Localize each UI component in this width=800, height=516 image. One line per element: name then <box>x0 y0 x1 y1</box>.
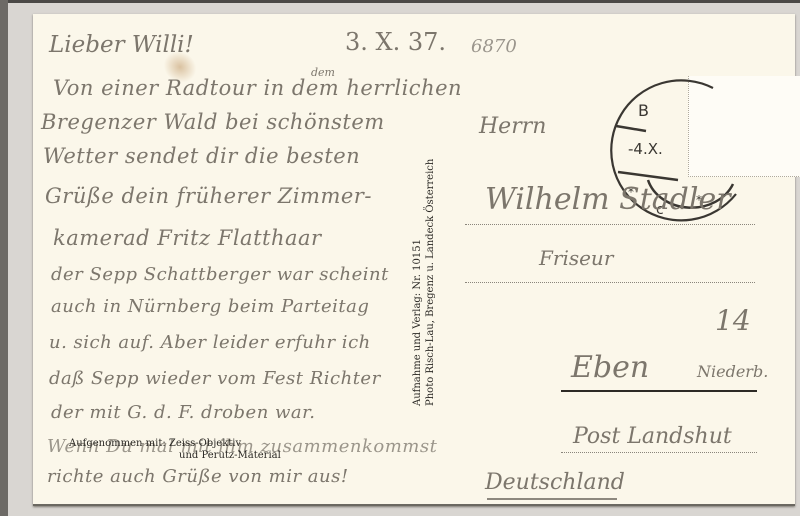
imprint-vertical-line2: Photo Risch-Lau, Bregenz u. Landeck Öste… <box>424 159 437 406</box>
imprint-bottom-line2: und Perutz-Material <box>179 450 281 461</box>
message-line: der Sepp Schattberger war scheint <box>51 264 389 285</box>
address-town: Eben <box>571 350 649 385</box>
postmark-date: -4.X. <box>628 140 663 158</box>
address-line-3 <box>561 390 757 392</box>
postcard: Lieber Willi! 3. X. 37. dem Von einer Ra… <box>33 14 795 506</box>
message-line: Grüße dein früherer Zimmer- <box>45 184 372 208</box>
message-date: 3. X. 37. <box>345 28 446 56</box>
address-name: Wilhelm Stadler <box>485 182 731 217</box>
pencil-note: 6870 <box>471 36 517 57</box>
address-country: Deutschland <box>485 470 625 495</box>
address-line-4 <box>561 452 757 453</box>
imprint-vertical-line1: Aufnahme und Verlag: Nr. 10151 <box>411 159 424 406</box>
address-line-1 <box>465 224 755 225</box>
message-greeting: Lieber Willi! <box>49 32 194 58</box>
message-line: auch in Nürnberg beim Parteitag <box>51 296 369 317</box>
message-line: der mit G. d. F. droben war. <box>51 402 316 423</box>
address-country-underline <box>487 498 617 500</box>
message-line: richte auch Grüße von mir aus! <box>47 466 349 487</box>
address-line-2 <box>465 282 755 283</box>
message-line: u. sich auf. Aber leider erfuhr ich <box>49 332 371 353</box>
address-region: Niederb. <box>697 362 768 381</box>
address-post-office: Post Landshut <box>573 424 732 449</box>
message-line: Bregenzer Wald bei schönstem <box>41 110 385 134</box>
postmark-letter: B <box>638 101 649 120</box>
scan-edge-top <box>0 0 800 3</box>
address-house-number: 14 <box>715 304 751 337</box>
message-line: daß Sepp wieder vom Fest Richter <box>49 368 381 389</box>
address-occupation: Friseur <box>539 246 613 270</box>
imprint-bottom-line1: Aufgenommen mit: Zeiss-Objektiv <box>69 438 241 449</box>
vertical-imprint: Aufnahme und Verlag: Nr. 10151 Photo Ris… <box>411 159 437 406</box>
scan-edge-left <box>0 0 8 516</box>
address-salutation: Herrn <box>479 114 546 139</box>
message-line: Von einer Radtour in dem herrlichen <box>53 76 462 100</box>
message-line: Wetter sendet dir die besten <box>43 144 360 168</box>
message-line: kamerad Fritz Flatthaar <box>53 226 322 250</box>
